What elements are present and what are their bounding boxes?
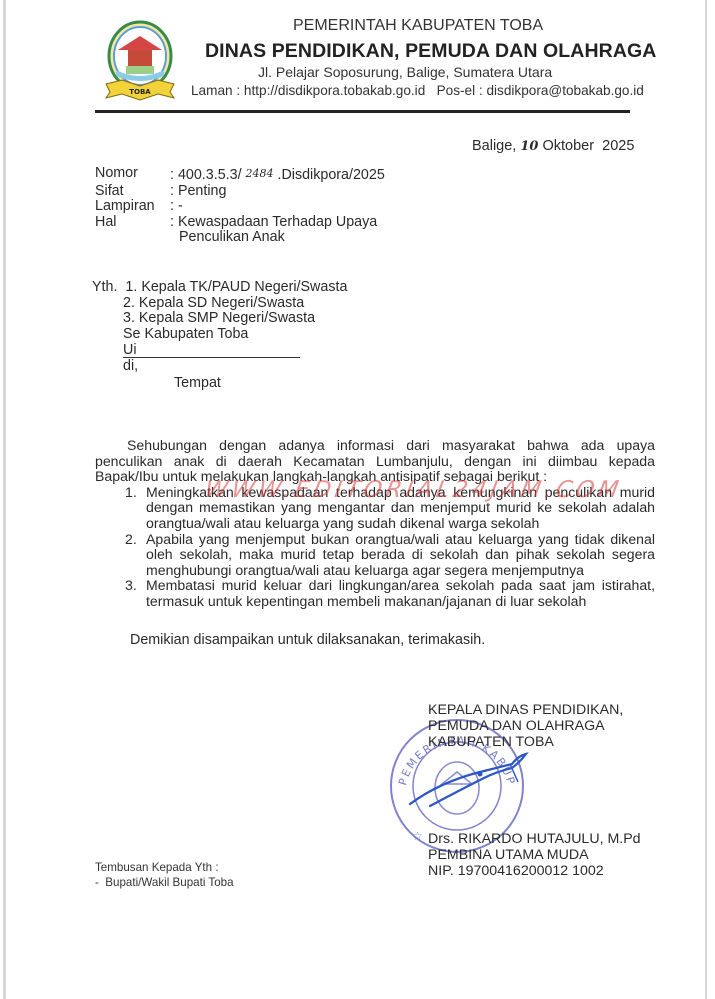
recipient-prefix: Yth. xyxy=(92,279,117,295)
point-text: Membatasi murid keluar dari lingkungan/a… xyxy=(146,578,655,609)
point-text: Apabila yang menjemput bukan orangtua/wa… xyxy=(146,532,655,579)
letterhead-web-email: Laman : http://disdikpora.tobakab.go.id … xyxy=(191,83,644,98)
recipients: Yth. 1. Kepala TK/PAUD Negeri/Swasta 2. … xyxy=(92,280,347,392)
letter-body: Sehubungan dengan adanya informasi dari … xyxy=(95,438,655,610)
signatory-nip: NIP. 19700416200012 1002 xyxy=(428,864,641,880)
svg-text:☆: ☆ xyxy=(412,829,423,843)
cc-heading: Tembusan Kepada Yth : xyxy=(95,860,234,875)
signatory-title-line: PEMUDA DAN OLAHRAGA xyxy=(428,719,641,735)
date-month-year: Oktober 2025 xyxy=(543,138,635,154)
letter-date: Balige, 10 Oktober 2025 xyxy=(472,138,634,154)
meta-row-lampiran: Lampiran : - xyxy=(95,199,385,215)
meta-value: : - xyxy=(170,199,183,215)
carbon-copy: Tembusan Kepada Yth : - Bupati/Wakil Bup… xyxy=(95,860,234,890)
svg-text:TOBA: TOBA xyxy=(129,88,151,96)
signatory-rank: PEMBINA UTAMA MUDA xyxy=(428,848,641,864)
point-number: 1. xyxy=(125,485,146,532)
hal-line2: Penculikan Anak xyxy=(170,230,377,246)
recipient-region: Se Kabupaten Toba xyxy=(92,327,347,343)
toba-regency-logo-icon: TOBA xyxy=(104,20,176,102)
recipient-item: 1. Kepala TK/PAUD Negeri/Swasta xyxy=(121,279,347,295)
hal-line1: : Kewaspadaan Terhadap Upaya xyxy=(170,215,377,231)
date-place: Balige, xyxy=(472,138,516,154)
meta-label: Sifat xyxy=(95,184,170,200)
body-point: 2.Apabila yang menjemput bukan orangtua/… xyxy=(95,532,655,579)
letter-meta: Nomor : 400.3.5.3/ 2484 .Disdikpora/2025… xyxy=(95,166,385,246)
meta-label: Hal xyxy=(95,215,170,246)
meta-row-hal: Hal : Kewaspadaan Terhadap Upaya Penculi… xyxy=(95,215,385,246)
nomor-prefix: : 400.3.5.3/ xyxy=(170,167,246,183)
recipient-ui: Ui xyxy=(123,344,300,358)
closing-sentence: Demikian disampaikan untuk dilaksanakan,… xyxy=(130,632,485,648)
body-point: 3.Membatasi murid keluar dari lingkungan… xyxy=(95,578,655,609)
page-edge-left xyxy=(3,0,6,999)
nomor-handwritten: 2484 xyxy=(246,167,274,180)
recipient-di: di, xyxy=(92,359,347,375)
point-number: 3. xyxy=(125,578,146,609)
meta-row-nomor: Nomor : 400.3.5.3/ 2484 .Disdikpora/2025 xyxy=(95,166,385,184)
recipient-item: 3. Kepala SMP Negeri/Swasta xyxy=(92,311,347,327)
signatory-title-line: KEPALA DINAS PENDIDIKAN, xyxy=(428,703,641,719)
watermark: WWW.EDITORIAL24JAM.COM xyxy=(203,477,625,503)
recipient-tempat: Tempat xyxy=(92,374,347,392)
meta-label: Lampiran xyxy=(95,199,170,215)
page-edge-right xyxy=(705,0,707,999)
body-points: 1.Meningkatkan kewaspadaan terhadap adan… xyxy=(95,485,655,610)
meta-value: : Penting xyxy=(170,184,226,200)
meta-value: : Kewaspadaan Terhadap Upaya Penculikan … xyxy=(170,215,377,246)
handwritten-signature-icon xyxy=(400,742,540,812)
recipient-item: 2. Kepala SD Negeri/Swasta xyxy=(92,296,347,312)
nomor-suffix: .Disdikpora/2025 xyxy=(274,167,385,183)
meta-label: Nomor xyxy=(95,166,170,184)
letterhead-address: Jl. Pelajar Soposurung, Balige, Sumatera… xyxy=(258,64,552,80)
meta-value: : 400.3.5.3/ 2484 .Disdikpora/2025 xyxy=(170,166,385,184)
recipient-line-1: Yth. 1. Kepala TK/PAUD Negeri/Swasta xyxy=(92,280,347,296)
letterhead-government: PEMERINTAH KABUPATEN TOBA xyxy=(293,17,543,35)
letterhead-agency: DINAS PENDIDIKAN, PEMUDA DAN OLAHRAGA xyxy=(205,40,657,63)
point-number: 2. xyxy=(125,532,146,579)
cc-item: - Bupati/Wakil Bupati Toba xyxy=(95,875,234,890)
date-day-handwritten: 10 xyxy=(520,139,538,154)
recipient-ui-line: Ui xyxy=(92,343,347,359)
letterhead-divider xyxy=(95,110,630,113)
meta-row-sifat: Sifat : Penting xyxy=(95,184,385,200)
signatory-name: Drs. RIKARDO HUTAJULU, M.Pd xyxy=(428,832,641,848)
